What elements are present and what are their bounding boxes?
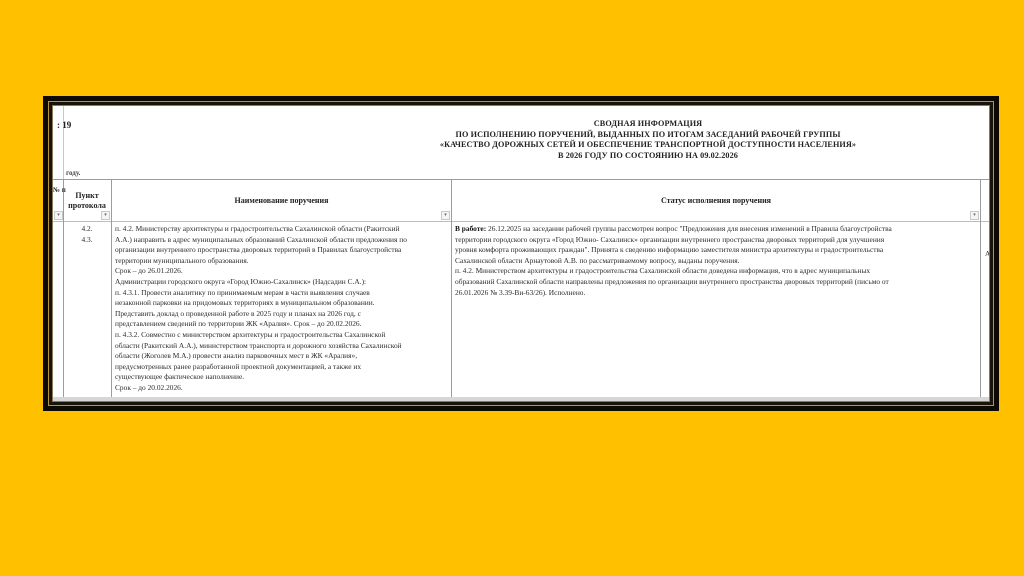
column-header-name-label: Наименование поручения (235, 196, 329, 206)
sheet-bottom-edge (53, 397, 989, 401)
punkt-value: 4.2. (63, 224, 111, 235)
year-note: году. (66, 169, 80, 177)
cell-assignment-name[interactable]: п. 4.2. Министерству архитектуры и градо… (115, 224, 451, 394)
spreadsheet-screenshot: : 19 СВОДНАЯ ИНФОРМАЦИЯ ПО ИСПОЛНЕНИЮ ПО… (52, 105, 990, 402)
text-line: представлением сведений по территории ЖК… (115, 319, 451, 330)
text-line: области (Жоголев М.А.) провести анализ п… (115, 351, 451, 362)
text-line: предусмотренных ранее разработанной прое… (115, 362, 451, 373)
text-line: Сахалинской области Арнаутовой А.В. по р… (455, 256, 980, 267)
frame-gold-trim: : 19 СВОДНАЯ ИНФОРМАЦИЯ ПО ИСПОЛНЕНИЮ ПО… (48, 101, 994, 406)
column-border (980, 179, 981, 401)
title-line-3: «КАЧЕСТВО ДОРОЖНЫХ СЕТЕЙ И ОБЕСПЕЧЕНИЕ Т… (353, 140, 943, 151)
filter-dropdown-punkt[interactable]: ▾ (101, 211, 110, 220)
punkt-value: 4.3. (63, 235, 111, 246)
text-line: существующее фактическое наполнение. (115, 372, 451, 383)
title-line-1: СВОДНАЯ ИНФОРМАЦИЯ (353, 119, 943, 130)
title-line-2: ПО ИСПОЛНЕНИЮ ПОРУЧЕНИЙ, ВЫДАННЫХ ПО ИТО… (353, 130, 943, 141)
text-line: области (Ракитский А.А.), министерством … (115, 341, 451, 352)
text-line: п. 4.3.1. Провести аналитику по принимае… (115, 288, 451, 299)
text-line: Представить доклад о проведенной работе … (115, 309, 451, 320)
header-bottom-border (53, 221, 989, 222)
column-header-status-label: Статус исполнения поручения (661, 196, 771, 206)
sheet-number: : 19 (57, 120, 71, 130)
document-title: СВОДНАЯ ИНФОРМАЦИЯ ПО ИСПОЛНЕНИЮ ПОРУЧЕН… (353, 119, 943, 161)
text-line: А.А.) направить в адрес муниципальных об… (115, 235, 451, 246)
text-line: Администрации городского округа «Город Ю… (115, 277, 451, 288)
text-line: Срок – до 26.01.2026. (115, 266, 451, 277)
text-span: 26.12.2025 на заседании рабочей группы р… (486, 224, 892, 233)
text-line: п. 4.2. Министерству архитектуры и градо… (115, 224, 451, 235)
text-line: п. 4.2. Министерством архитектуры и град… (455, 266, 980, 277)
text-line: образований Сахалинской области направле… (455, 277, 980, 288)
column-header-status[interactable]: Статус исполнения поручения (452, 180, 980, 221)
cell-status[interactable]: В работе: 26.12.2025 на заседании рабоче… (455, 224, 980, 298)
column-header-punkt-label: Пункт протокола (63, 191, 111, 211)
text-line: В работе: 26.12.2025 на заседании рабоче… (455, 224, 980, 235)
text-line: уровня комфорта проживающих граждан". Пр… (455, 245, 980, 256)
text-line: территории городского округа «Город Южно… (455, 235, 980, 246)
text-line: Срок – до 20.02.2026. (115, 383, 451, 394)
text-line: п. 4.3.2. Совместно с министерством архи… (115, 330, 451, 341)
text-line: организации внутреннего пространства дво… (115, 245, 451, 256)
column-header-name[interactable]: Наименование поручения (112, 180, 451, 221)
text-line: территории муниципального образования. (115, 256, 451, 267)
filter-dropdown-name[interactable]: ▾ (441, 211, 450, 220)
spreadsheet: : 19 СВОДНАЯ ИНФОРМАЦИЯ ПО ИСПОЛНЕНИЮ ПО… (53, 106, 989, 401)
title-line-4: В 2026 ГОДУ ПО СОСТОЯНИЮ НА 09.02.2026 (353, 151, 943, 162)
cell-punkt[interactable]: 4.2. 4.3. (63, 224, 111, 245)
filter-dropdown-number[interactable]: ▾ (54, 211, 63, 220)
cell-next-column-clipped: Ад (985, 249, 990, 258)
filter-dropdown-status[interactable]: ▾ (970, 211, 979, 220)
status-label: В работе: (455, 224, 486, 233)
text-line: незаконной парковки на придомовых террит… (115, 298, 451, 309)
text-line: 26.01.2026 № 3.39-Ви-63/26). Исполнено. (455, 288, 980, 299)
slide-frame: : 19 СВОДНАЯ ИНФОРМАЦИЯ ПО ИСПОЛНЕНИЮ ПО… (43, 96, 999, 411)
